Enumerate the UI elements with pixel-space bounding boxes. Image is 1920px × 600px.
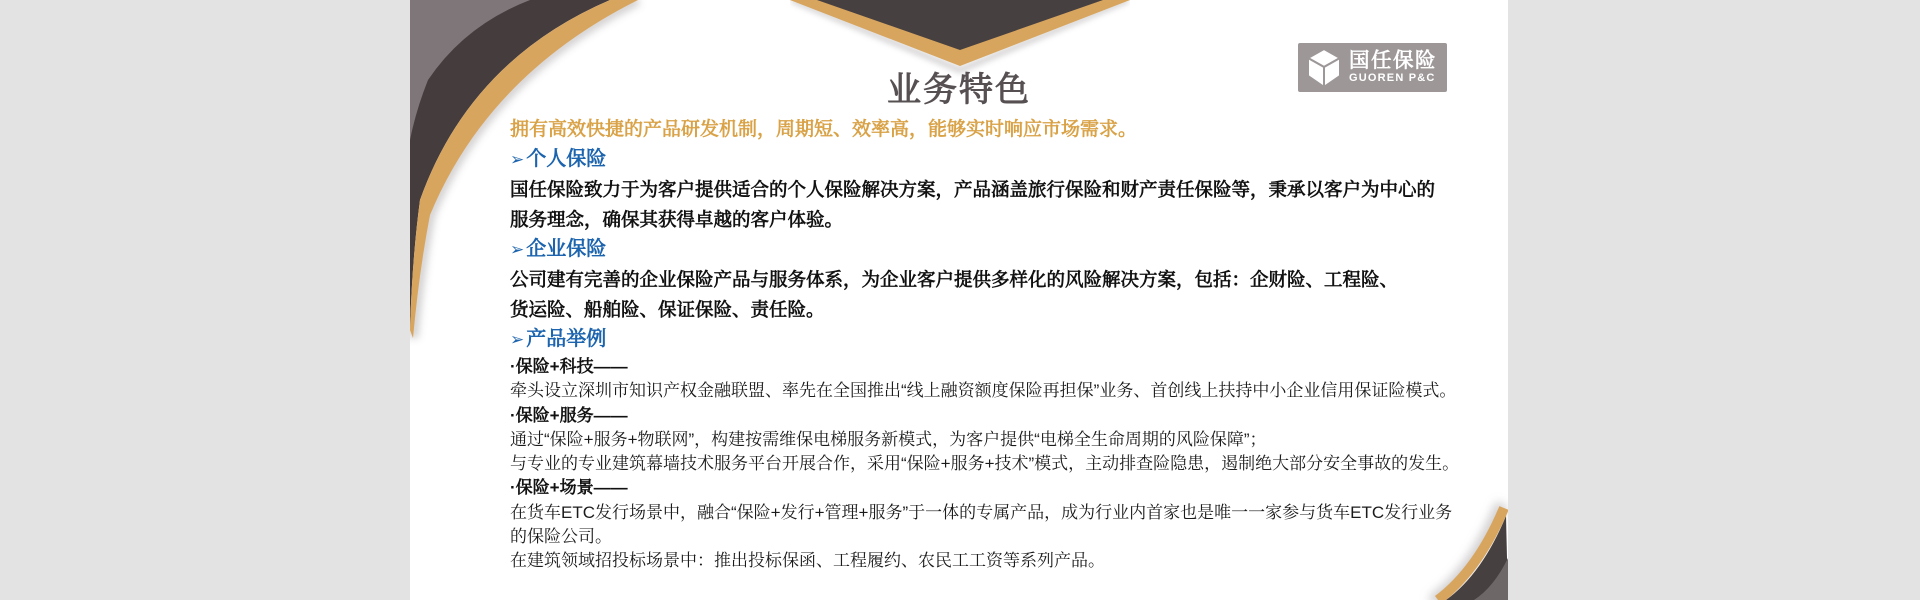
cube-icon xyxy=(1304,47,1344,89)
section-heading-product-examples: ➢产品举例 xyxy=(510,324,1508,355)
example-label-service: ·保险+服务—— xyxy=(510,404,1508,428)
paragraph-line: 国任保险致力于为客户提供适合的个人保险解决方案，产品涵盖旅行保险和财产责任保险等… xyxy=(510,175,1508,205)
paragraph-line: 与专业的专业建筑幕墙技术服务平台开展合作，采用“保险+服务+技术”模式，主动排查… xyxy=(510,452,1508,476)
logo-text-block: 国任保险 GUOREN P&C xyxy=(1349,51,1437,85)
paragraph-line: 在建筑领域招投标场景中：推出投标保函、工程履约、农民工工资等系列产品。 xyxy=(510,549,1508,573)
paragraph-line: 的保险公司。 xyxy=(510,525,1508,549)
paragraph-line: 公司建有完善的企业保险产品与服务体系，为企业客户提供多样化的风险解决方案，包括：… xyxy=(510,265,1508,295)
intro-highlight-text: 拥有高效快捷的产品研发机制，周期短、效率高，能够实时响应市场需求。 xyxy=(510,116,1508,144)
logo-name-en: GUOREN P&C xyxy=(1349,73,1437,84)
arrow-bullet-icon: ➢ xyxy=(510,150,524,169)
section-heading-label: 个人保险 xyxy=(526,148,606,170)
slide-content: 拥有高效快捷的产品研发机制，周期短、效率高，能够实时响应市场需求。 ➢个人保险 … xyxy=(510,116,1508,574)
company-logo: 国任保险 GUOREN P&C xyxy=(1298,43,1447,92)
presentation-slide: 业务特色 国任保险 GUOREN P&C 拥有高效快捷的产品研发机制，周期短、效… xyxy=(410,0,1508,600)
logo-name-cn: 国任保险 xyxy=(1349,51,1437,72)
paragraph-line: 通过“保险+服务+物联网”，构建按需维保电梯服务新模式，为客户提供“电梯全生命周… xyxy=(510,428,1508,452)
paragraph-line: 牵头设立深圳市知识产权金融联盟、率先在全国推出“线上融资额度保险再担保”业务、首… xyxy=(510,379,1508,403)
arrow-bullet-icon: ➢ xyxy=(510,330,524,349)
example-label-scenario: ·保险+场景—— xyxy=(510,476,1508,500)
arrow-bullet-icon: ➢ xyxy=(510,240,524,259)
section-heading-enterprise-insurance: ➢企业保险 xyxy=(510,234,1508,265)
section-heading-label: 企业保险 xyxy=(526,238,606,260)
paragraph-line: 服务理念，确保其获得卓越的客户体验。 xyxy=(510,205,1508,235)
paragraph-line: 货运险、船舶险、保证保险、责任险。 xyxy=(510,295,1508,325)
section-heading-personal-insurance: ➢个人保险 xyxy=(510,144,1508,175)
paragraph-line: 在货车ETC发行场景中，融合“保险+发行+管理+服务”于一体的专属产品，成为行业… xyxy=(510,501,1508,525)
example-label-tech: ·保险+科技—— xyxy=(510,355,1508,379)
section-heading-label: 产品举例 xyxy=(526,328,606,350)
